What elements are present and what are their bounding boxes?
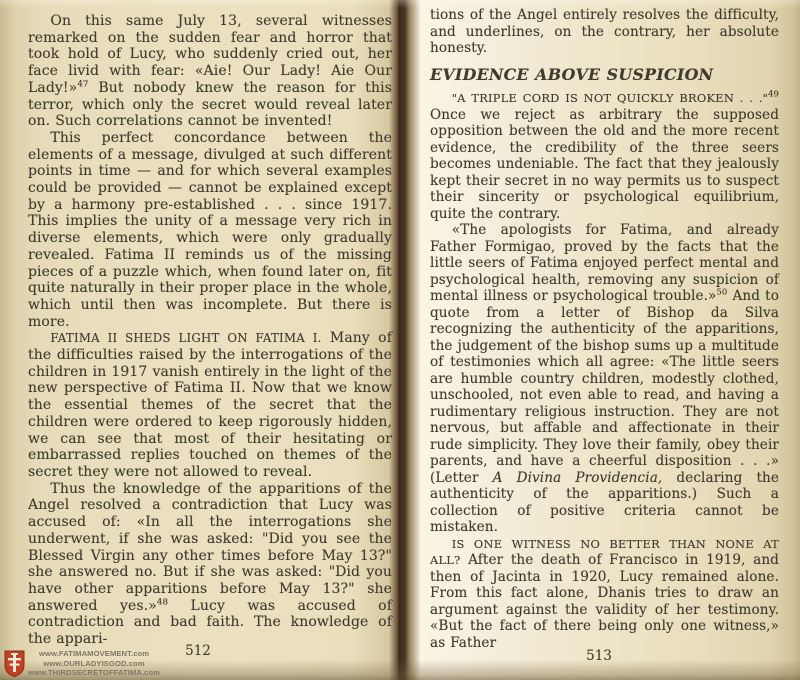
paragraph: Thus the knowledge of the apparitions of…	[28, 481, 392, 648]
watermark-link: www.FATIMAMOVEMENT.com	[39, 649, 149, 659]
text-segment: After the death of Francisco in 1919, an…	[430, 552, 779, 651]
watermark-link: www.THIRDSECRETOFFATIMA.com	[28, 668, 160, 678]
text-segment: tions of the Angel entirely resolves the…	[430, 7, 779, 56]
watermark-links: www.FATIMAMOVEMENT.com www.OURLADYISGOD.…	[28, 649, 160, 678]
text-segment: 49	[768, 88, 779, 98]
text-segment: EVIDENCE ABOVE SUSPICION	[430, 65, 713, 84]
text-segment: "A TRIPLE CORD IS NOT QUICKLY BROKEN . .…	[452, 91, 768, 105]
text-segment: 48	[157, 597, 168, 607]
text-segment: FATIMA II SHEDS LIGHT ON FATIMA I.	[50, 331, 321, 345]
text-segment: Thus the knowledge of the apparitions of…	[28, 481, 392, 614]
page-number-left: 512	[176, 643, 220, 659]
left-page: On this same July 13, several witnesses …	[28, 13, 392, 648]
text-segment: 50	[716, 286, 727, 296]
text-segment: Once we reject as arbitrary the supposed…	[430, 107, 779, 222]
text-segment: This perfect concordance between the ele…	[28, 130, 392, 330]
paragraph: FATIMA II SHEDS LIGHT ON FATIMA I. Many …	[28, 330, 392, 480]
text-segment: 47	[77, 79, 88, 89]
red-crest-shield-icon	[4, 650, 25, 677]
paragraph: "A TRIPLE CORD IS NOT QUICKLY BROKEN . .…	[430, 90, 779, 222]
paragraph: tions of the Angel entirely resolves the…	[430, 7, 779, 57]
text-segment: Many of the difficulties raised by the i…	[28, 330, 392, 480]
paragraph: IS ONE WITNESS NO BETTER THAN NONE AT AL…	[430, 536, 779, 652]
section-heading: EVIDENCE ABOVE SUSPICION	[430, 67, 779, 84]
text-segment: And to quote from a letter of Bishop da …	[430, 288, 779, 486]
book-spine	[392, 0, 398, 680]
paragraph: «The apologists for Fatima, and already …	[430, 222, 779, 536]
watermark: www.FATIMAMOVEMENT.com www.OURLADYISGOD.…	[4, 649, 160, 678]
watermark-link: www.OURLADYISGOD.com	[43, 659, 144, 669]
paragraph: This perfect concordance between the ele…	[28, 130, 392, 330]
right-page: tions of the Angel entirely resolves the…	[430, 7, 779, 651]
text-segment: A Divina Providencia,	[493, 470, 663, 486]
paragraph: On this same July 13, several witnesses …	[28, 13, 392, 130]
book-scan: On this same July 13, several witnesses …	[0, 0, 800, 680]
page-number-right: 513	[577, 648, 621, 664]
